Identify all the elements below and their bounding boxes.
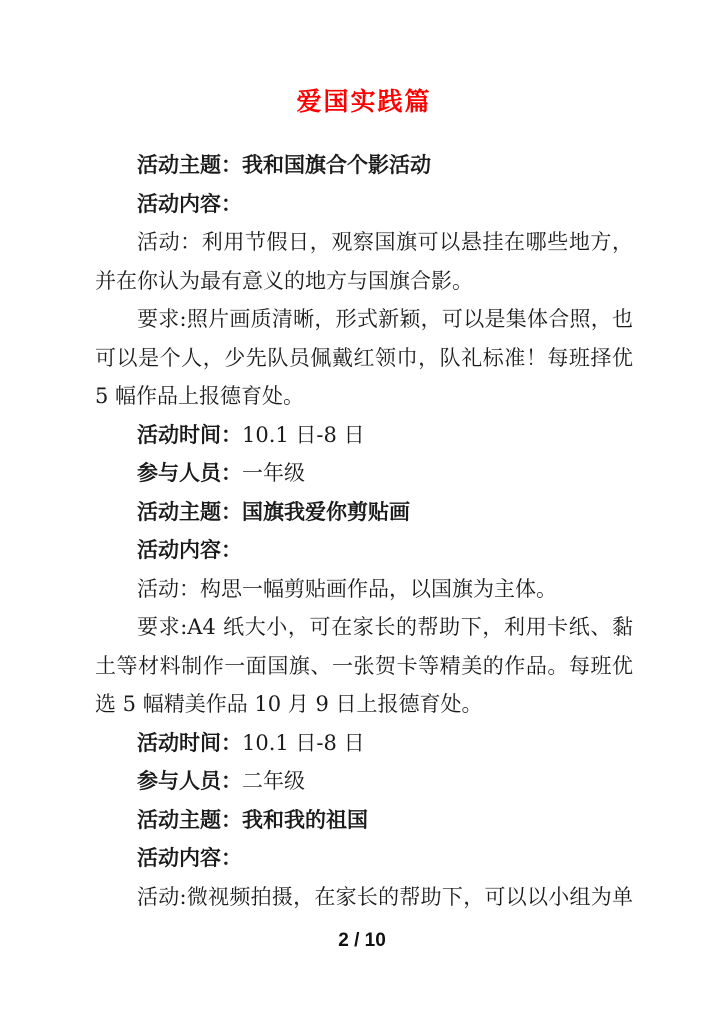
activity-content-heading-1: 活动内容：: [95, 185, 633, 224]
document-content: 爱国实践篇 活动主题：我和国旗合个影活动 活动内容： 活动：利用节假日，观察国旗…: [95, 82, 633, 920]
page-number: 2 / 10: [0, 930, 724, 952]
activity-time-label-1: 活动时间：: [137, 422, 242, 447]
activity-theme-heading-1: 活动主题：我和国旗合个影活动: [95, 146, 633, 185]
activity-requirements-1: 要求:照片画质清晰，形式新颖，可以是集体合照，也可以是个人，少先队员佩戴红领巾，…: [95, 300, 633, 416]
activity-description-3: 活动:微视频拍摄，在家长的帮助下，可以以小组为单位，: [95, 878, 633, 921]
participants-2: 参与人员：二年级: [95, 762, 633, 801]
participants-label-2: 参与人员：: [137, 768, 242, 793]
document-title: 爱国实践篇: [95, 82, 633, 122]
activity-requirements-2: 要求:A4 纸大小，可在家长的帮助下，利用卡纸、黏土等材料制作一面国旗、一张贺卡…: [95, 608, 633, 724]
activity-time-1: 活动时间：10.1 日-8 日: [95, 416, 633, 455]
document-page: 爱国实践篇 活动主题：我和国旗合个影活动 活动内容： 活动：利用节假日，观察国旗…: [0, 0, 724, 1024]
activity-time-value-1: 10.1 日-8 日: [242, 423, 365, 447]
activity-content-heading-3: 活动内容：: [95, 839, 633, 878]
activity-content-heading-2: 活动内容：: [95, 531, 633, 570]
participants-1: 参与人员：一年级: [95, 454, 633, 493]
participants-value-1: 一年级: [242, 461, 305, 485]
activity-time-2: 活动时间：10.1 日-8 日: [95, 724, 633, 763]
activity-theme-heading-2: 活动主题：国旗我爱你剪贴画: [95, 493, 633, 532]
activity-theme-heading-3: 活动主题：我和我的祖国: [95, 801, 633, 840]
activity-description-2: 活动：构思一幅剪贴画作品，以国旗为主体。: [95, 570, 633, 609]
activity-description-1: 活动：利用节假日，观察国旗可以悬挂在哪些地方，并在你认为最有意义的地方与国旗合影…: [95, 223, 633, 300]
activity-time-label-2: 活动时间：: [137, 730, 242, 755]
activity-time-value-2: 10.1 日-8 日: [242, 731, 365, 755]
participants-label-1: 参与人员：: [137, 460, 242, 485]
participants-value-2: 二年级: [242, 769, 305, 793]
